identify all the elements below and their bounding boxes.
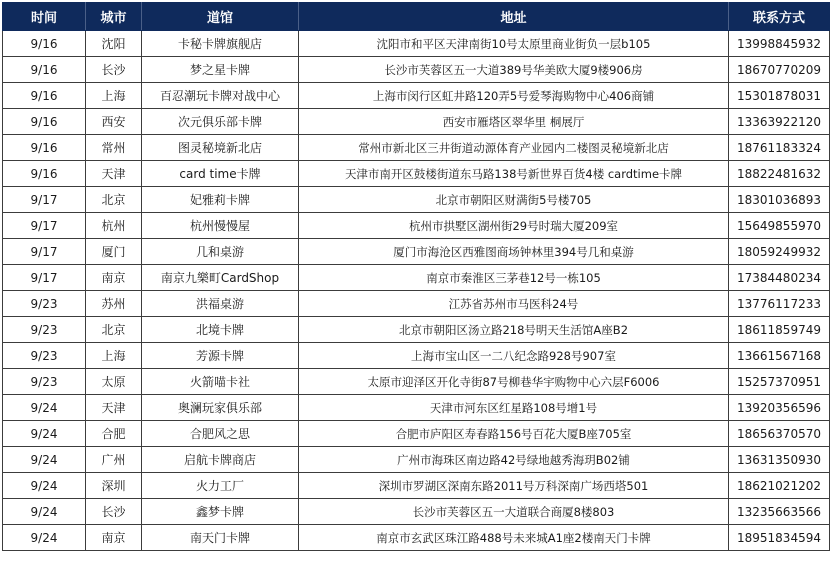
cell-time: 9/24 — [3, 395, 86, 421]
cell-contact: 18301036893 — [729, 187, 830, 213]
cell-city: 沈阳 — [86, 31, 142, 57]
cell-address: 沈阳市和平区天津南街10号太原里商业街负一层b105 — [299, 31, 729, 57]
table-row: 9/16上海百忍潮玩卡牌对战中心上海市闵行区虹井路120弄5号爱琴海购物中心40… — [3, 83, 830, 109]
cell-address: 常州市新北区三井街道动源体育产业园内二楼图灵秘境新北店 — [299, 135, 729, 161]
cell-time: 9/24 — [3, 447, 86, 473]
table-row: 9/16沈阳卡秘卡牌旗舰店沈阳市和平区天津南街10号太原里商业街负一层b1051… — [3, 31, 830, 57]
cell-venue: 几和桌游 — [142, 239, 299, 265]
cell-address: 杭州市拱墅区湖州街29号时瑞大厦209室 — [299, 213, 729, 239]
cell-time: 9/16 — [3, 135, 86, 161]
cell-address: 北京市朝阳区财满街5号楼705 — [299, 187, 729, 213]
cell-time: 9/24 — [3, 421, 86, 447]
column-header-address: 地址 — [299, 3, 729, 31]
cell-contact: 17384480234 — [729, 265, 830, 291]
cell-venue: 梦之星卡牌 — [142, 57, 299, 83]
table-row: 9/24南京南天门卡牌南京市玄武区珠江路488号未来城A1座2楼南天门卡牌189… — [3, 525, 830, 551]
cell-address: 太原市迎泽区开化寺街87号柳巷华宇购物中心六层F6006 — [299, 369, 729, 395]
cell-address: 南京市玄武区珠江路488号未来城A1座2楼南天门卡牌 — [299, 525, 729, 551]
cell-venue: 南天门卡牌 — [142, 525, 299, 551]
cell-contact: 18670770209 — [729, 57, 830, 83]
table-row: 9/17北京妃雅莉卡牌北京市朝阳区财满街5号楼70518301036893 — [3, 187, 830, 213]
cell-contact: 15649855970 — [729, 213, 830, 239]
cell-venue: 南京九樂町CardShop — [142, 265, 299, 291]
cell-contact: 18611859749 — [729, 317, 830, 343]
cell-time: 9/17 — [3, 239, 86, 265]
cell-city: 厦门 — [86, 239, 142, 265]
table-row: 9/23上海芳源卡牌上海市宝山区一二八纪念路928号907室1366156716… — [3, 343, 830, 369]
cell-address: 广州市海珠区南边路42号绿地越秀海玥B02铺 — [299, 447, 729, 473]
cell-address: 合肥市庐阳区寿春路156号百花大厦B座705室 — [299, 421, 729, 447]
cell-city: 北京 — [86, 317, 142, 343]
cell-contact: 18656370570 — [729, 421, 830, 447]
cell-address: 长沙市芙蓉区五一大道联合商厦8楼803 — [299, 499, 729, 525]
cell-city: 杭州 — [86, 213, 142, 239]
cell-city: 上海 — [86, 83, 142, 109]
cell-venue: 火箭喵卡社 — [142, 369, 299, 395]
cell-time: 9/17 — [3, 265, 86, 291]
cell-city: 天津 — [86, 395, 142, 421]
cell-address: 上海市宝山区一二八纪念路928号907室 — [299, 343, 729, 369]
cell-time: 9/24 — [3, 525, 86, 551]
table-row: 9/24天津奥澜玩家俱乐部天津市河东区红星路108号增1号13920356596 — [3, 395, 830, 421]
cell-city: 上海 — [86, 343, 142, 369]
cell-address: 深圳市罗湖区深南东路2011号万科深南广场西塔501 — [299, 473, 729, 499]
table-row: 9/16天津card time卡牌天津市南开区鼓楼街道东马路138号新世界百货4… — [3, 161, 830, 187]
cell-time: 9/23 — [3, 317, 86, 343]
cell-time: 9/24 — [3, 499, 86, 525]
cell-address: 西安市雁塔区翠华里 桐展厅 — [299, 109, 729, 135]
column-header-venue: 道馆 — [142, 3, 299, 31]
cell-city: 北京 — [86, 187, 142, 213]
table-row: 9/16常州图灵秘境新北店常州市新北区三井街道动源体育产业园内二楼图灵秘境新北店… — [3, 135, 830, 161]
cell-city: 长沙 — [86, 57, 142, 83]
table-row: 9/17南京南京九樂町CardShop南京市秦淮区三茅巷12号一栋1051738… — [3, 265, 830, 291]
cell-venue: 合肥风之思 — [142, 421, 299, 447]
cell-venue: 百忍潮玩卡牌对战中心 — [142, 83, 299, 109]
cell-address: 天津市南开区鼓楼街道东马路138号新世界百货4楼 cardtime卡牌 — [299, 161, 729, 187]
venue-table: 时间 城市 道馆 地址 联系方式 9/16沈阳卡秘卡牌旗舰店沈阳市和平区天津南街… — [2, 2, 830, 551]
table-row: 9/16西安次元俱乐部卡牌西安市雁塔区翠华里 桐展厅13363922120 — [3, 109, 830, 135]
cell-time: 9/16 — [3, 109, 86, 135]
cell-contact: 13776117233 — [729, 291, 830, 317]
cell-city: 太原 — [86, 369, 142, 395]
cell-venue: 次元俱乐部卡牌 — [142, 109, 299, 135]
cell-venue: 鑫梦卡牌 — [142, 499, 299, 525]
cell-address: 长沙市芙蓉区五一大道389号华美欧大厦9楼906房 — [299, 57, 729, 83]
cell-city: 南京 — [86, 265, 142, 291]
cell-contact: 13235663566 — [729, 499, 830, 525]
cell-city: 深圳 — [86, 473, 142, 499]
cell-address: 南京市秦淮区三茅巷12号一栋105 — [299, 265, 729, 291]
cell-venue: 奥澜玩家俱乐部 — [142, 395, 299, 421]
cell-address: 厦门市海沧区西雅图商场钟林里394号几和桌游 — [299, 239, 729, 265]
cell-contact: 18951834594 — [729, 525, 830, 551]
cell-time: 9/16 — [3, 161, 86, 187]
cell-venue: 洪福桌游 — [142, 291, 299, 317]
cell-venue: card time卡牌 — [142, 161, 299, 187]
cell-contact: 18621021202 — [729, 473, 830, 499]
cell-venue: 芳源卡牌 — [142, 343, 299, 369]
cell-address: 江苏省苏州市马医科24号 — [299, 291, 729, 317]
cell-city: 长沙 — [86, 499, 142, 525]
table-row: 9/16长沙梦之星卡牌长沙市芙蓉区五一大道389号华美欧大厦9楼906房1867… — [3, 57, 830, 83]
table-row: 9/24深圳火力工厂深圳市罗湖区深南东路2011号万科深南广场西塔5011862… — [3, 473, 830, 499]
cell-address: 天津市河东区红星路108号增1号 — [299, 395, 729, 421]
table-row: 9/24广州启航卡牌商店广州市海珠区南边路42号绿地越秀海玥B02铺136313… — [3, 447, 830, 473]
cell-contact: 13363922120 — [729, 109, 830, 135]
cell-contact: 15257370951 — [729, 369, 830, 395]
cell-contact: 15301878031 — [729, 83, 830, 109]
column-header-time: 时间 — [3, 3, 86, 31]
venue-table-container: 时间 城市 道馆 地址 联系方式 9/16沈阳卡秘卡牌旗舰店沈阳市和平区天津南街… — [2, 2, 830, 551]
cell-time: 9/17 — [3, 187, 86, 213]
table-body: 9/16沈阳卡秘卡牌旗舰店沈阳市和平区天津南街10号太原里商业街负一层b1051… — [3, 31, 830, 551]
header-row: 时间 城市 道馆 地址 联系方式 — [3, 3, 830, 31]
cell-contact: 13661567168 — [729, 343, 830, 369]
cell-address: 上海市闵行区虹井路120弄5号爱琴海购物中心406商铺 — [299, 83, 729, 109]
cell-address: 北京市朝阳区汤立路218号明天生活馆A座B2 — [299, 317, 729, 343]
cell-contact: 18761183324 — [729, 135, 830, 161]
table-row: 9/23北京北境卡牌北京市朝阳区汤立路218号明天生活馆A座B218611859… — [3, 317, 830, 343]
cell-contact: 13998845932 — [729, 31, 830, 57]
cell-time: 9/24 — [3, 473, 86, 499]
cell-city: 西安 — [86, 109, 142, 135]
cell-contact: 13920356596 — [729, 395, 830, 421]
column-header-city: 城市 — [86, 3, 142, 31]
cell-venue: 杭州慢慢屋 — [142, 213, 299, 239]
table-header: 时间 城市 道馆 地址 联系方式 — [3, 3, 830, 31]
cell-time: 9/23 — [3, 291, 86, 317]
table-row: 9/17厦门几和桌游厦门市海沧区西雅图商场钟林里394号几和桌游18059249… — [3, 239, 830, 265]
cell-venue: 图灵秘境新北店 — [142, 135, 299, 161]
cell-venue: 卡秘卡牌旗舰店 — [142, 31, 299, 57]
cell-city: 苏州 — [86, 291, 142, 317]
cell-city: 南京 — [86, 525, 142, 551]
cell-venue: 启航卡牌商店 — [142, 447, 299, 473]
cell-city: 广州 — [86, 447, 142, 473]
table-row: 9/17杭州杭州慢慢屋杭州市拱墅区湖州街29号时瑞大厦209室156498559… — [3, 213, 830, 239]
table-row: 9/24长沙鑫梦卡牌长沙市芙蓉区五一大道联合商厦8楼80313235663566 — [3, 499, 830, 525]
table-row: 9/24合肥合肥风之思合肥市庐阳区寿春路156号百花大厦B座705室186563… — [3, 421, 830, 447]
cell-venue: 火力工厂 — [142, 473, 299, 499]
cell-venue: 北境卡牌 — [142, 317, 299, 343]
cell-city: 天津 — [86, 161, 142, 187]
cell-time: 9/16 — [3, 31, 86, 57]
cell-time: 9/23 — [3, 343, 86, 369]
cell-contact: 18822481632 — [729, 161, 830, 187]
cell-city: 合肥 — [86, 421, 142, 447]
cell-city: 常州 — [86, 135, 142, 161]
cell-contact: 18059249932 — [729, 239, 830, 265]
table-row: 9/23苏州洪福桌游江苏省苏州市马医科24号13776117233 — [3, 291, 830, 317]
cell-venue: 妃雅莉卡牌 — [142, 187, 299, 213]
cell-contact: 13631350930 — [729, 447, 830, 473]
cell-time: 9/17 — [3, 213, 86, 239]
cell-time: 9/16 — [3, 57, 86, 83]
cell-time: 9/16 — [3, 83, 86, 109]
cell-time: 9/23 — [3, 369, 86, 395]
column-header-contact: 联系方式 — [729, 3, 830, 31]
table-row: 9/23太原火箭喵卡社太原市迎泽区开化寺街87号柳巷华宇购物中心六层F60061… — [3, 369, 830, 395]
